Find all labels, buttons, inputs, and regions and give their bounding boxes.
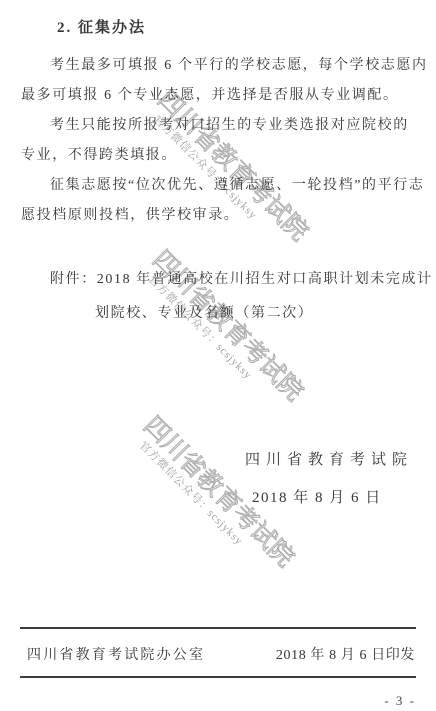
section-heading: 2. 征集办法 bbox=[57, 16, 146, 37]
watermark-main-text: 四川省教育考试院 bbox=[149, 83, 318, 252]
watermark: 四川省教育考试院 官方微信公众号：scsjyksy bbox=[140, 83, 319, 262]
body-line: 征集志愿按“位次优先、遵循志愿、一轮投档”的平行志 bbox=[50, 174, 424, 194]
issuer-signature: 四川省教育考试院 bbox=[245, 448, 413, 469]
attachment-note-line2: 划院校、专业及名额（第二次） bbox=[95, 302, 313, 322]
body-line: 考生最多可填报 6 个平行的学校志愿，每个学校志愿内 bbox=[50, 54, 428, 74]
body-line: 专业，不得跨类填报。 bbox=[21, 144, 177, 164]
attachment-note-line1: 附件：2018 年普通高校在川招生对口高职计划未完成计 bbox=[50, 268, 433, 288]
document-page: 四川省教育考试院 官方微信公众号：scsjyksy 四川省教育考试院 官方微信公… bbox=[0, 0, 436, 711]
page-number: - 3 - bbox=[384, 693, 416, 709]
body-line: 最多可填报 6 个专业志愿，并选择是否服从专业调配。 bbox=[21, 84, 399, 104]
watermark-sub-text: 官方微信公众号：scsjyksy bbox=[145, 273, 293, 421]
footer-rule-top bbox=[20, 627, 416, 629]
footer-print-date: 2018 年 8 月 6 日印发 bbox=[276, 644, 415, 664]
body-line: 愿投档原则投档，供学校审录。 bbox=[21, 204, 239, 224]
body-line: 考生只能按所报考对口招生的专业类选报对应院校的 bbox=[50, 114, 409, 134]
issue-date: 2018 年 8 月 6 日 bbox=[252, 486, 382, 507]
footer-office-name: 四川省教育考试院办公室 bbox=[27, 644, 205, 664]
footer-rule-bottom bbox=[20, 676, 416, 678]
